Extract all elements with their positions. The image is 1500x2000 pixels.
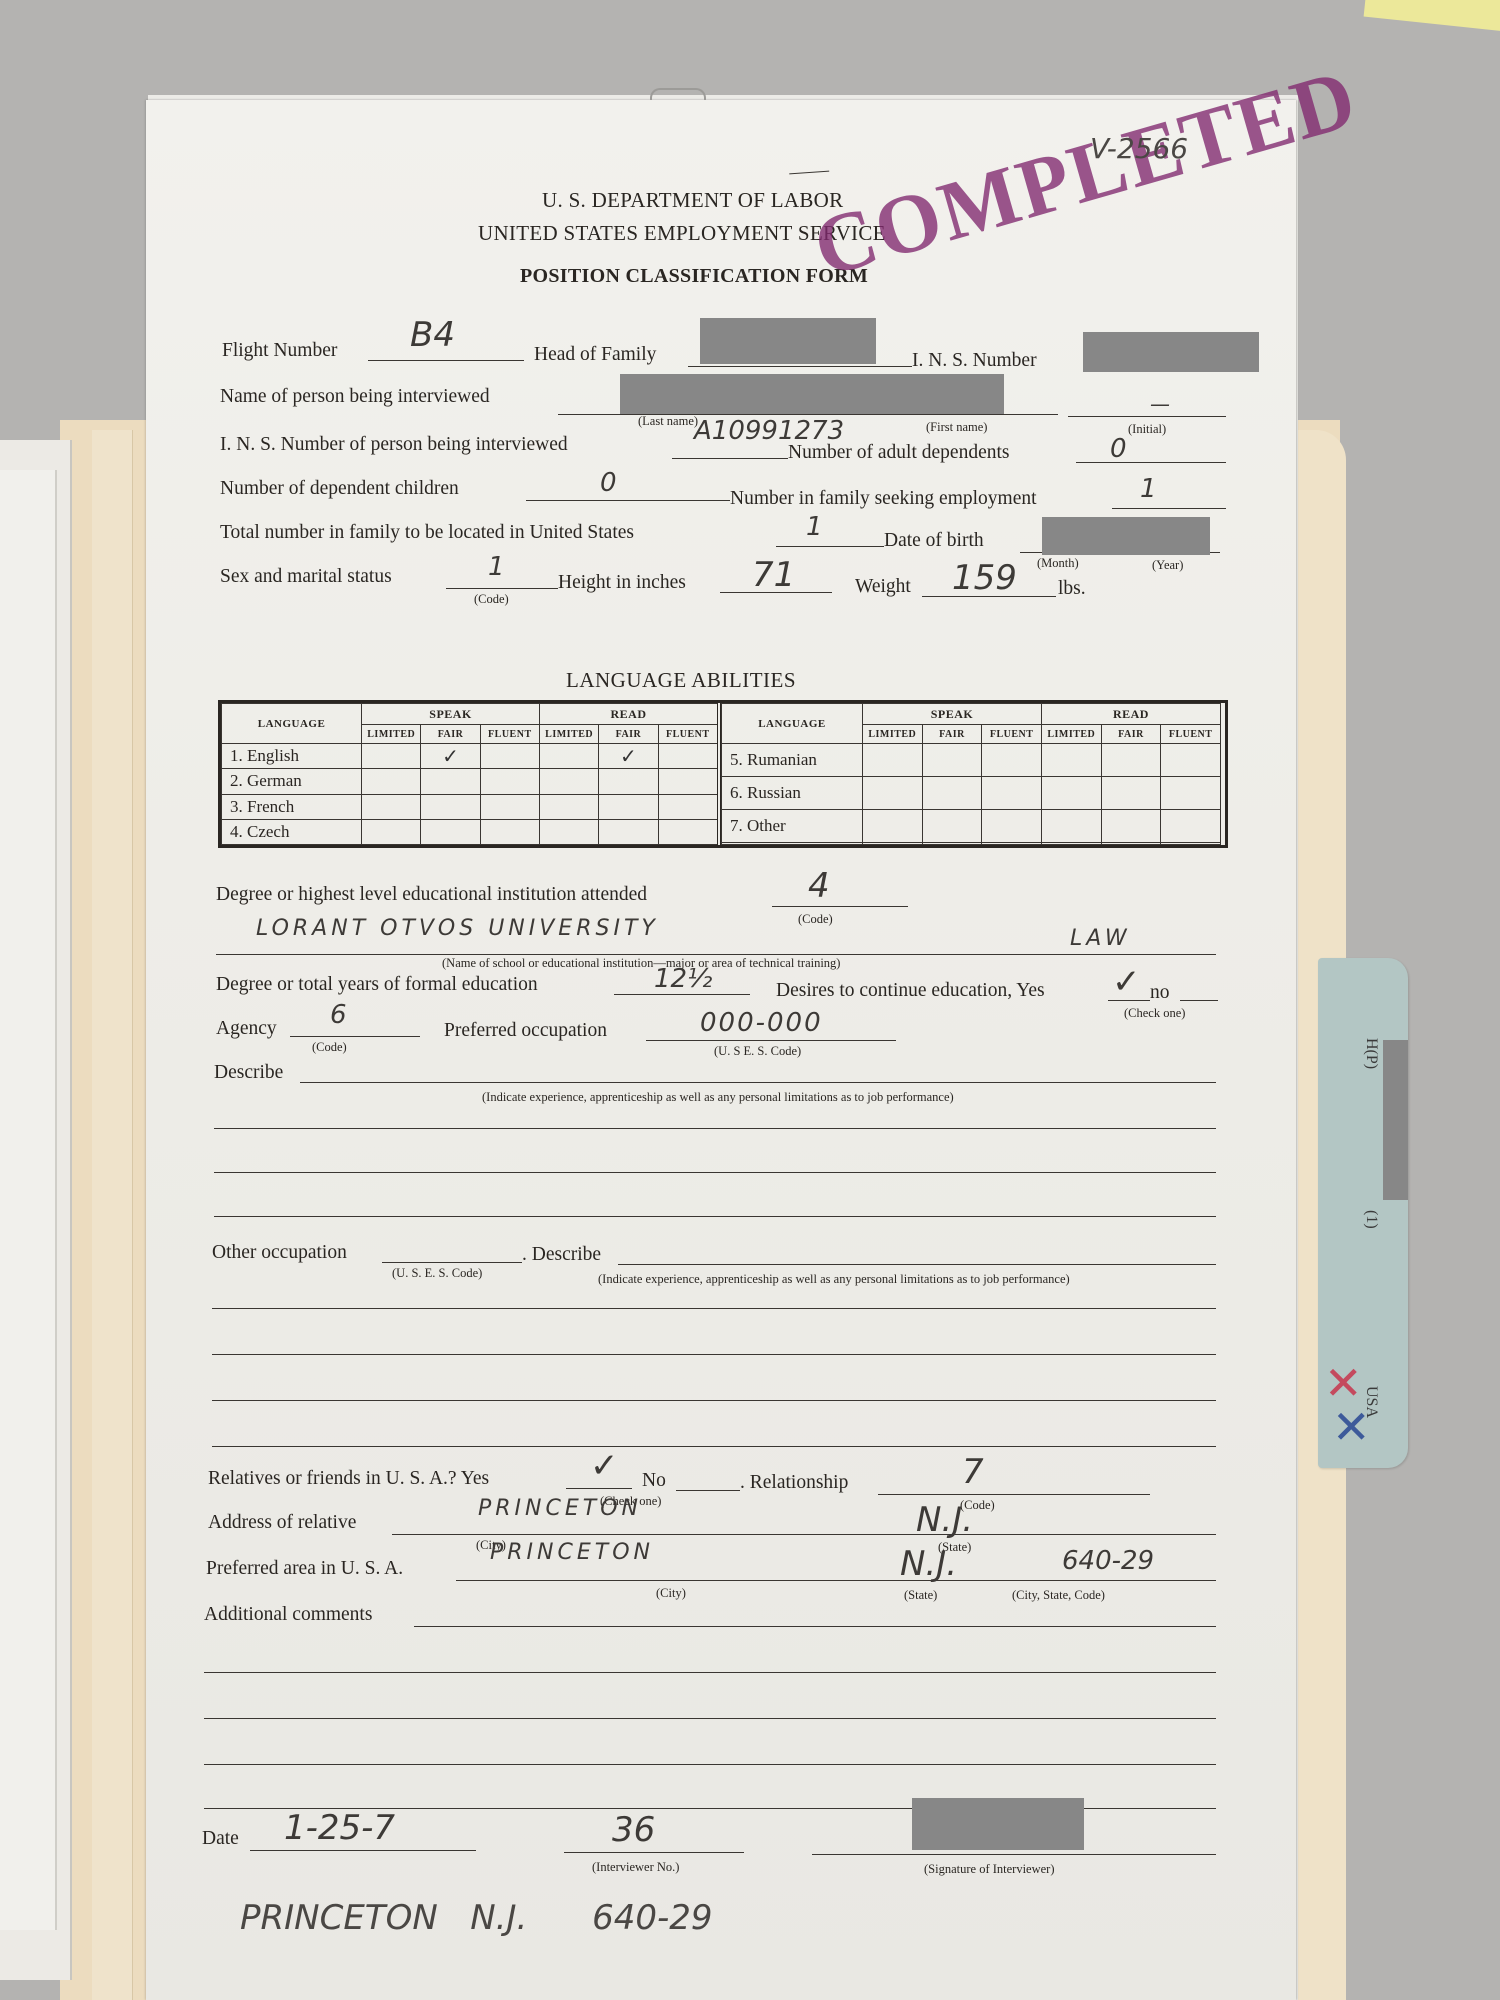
sex-marital-value[interactable]: 1 [488, 552, 505, 582]
language-row-german: 2. German [222, 769, 720, 794]
read-fluent-cell[interactable] [658, 794, 719, 819]
read-fluent-cell[interactable] [1161, 744, 1221, 777]
form-title: POSITION CLASSIFICATION FORM [520, 265, 868, 288]
address-state-value[interactable]: N.J. [916, 1500, 973, 1540]
read-fair-cell[interactable] [1101, 810, 1161, 843]
preferred-state-hint: (State) [904, 1588, 937, 1603]
head-of-family-label: Head of Family [534, 344, 656, 366]
speak-fair-cell[interactable] [922, 843, 982, 845]
school-value[interactable]: LORANT OTVOS UNIVERSITY [256, 916, 659, 941]
month-hint: (Month) [1037, 556, 1079, 571]
degree-code-hint: (Code) [798, 912, 833, 927]
col-speak: SPEAK [362, 704, 540, 725]
other-line-2 [212, 1308, 1216, 1309]
language-name: 6. Russian [722, 777, 863, 810]
col-fluent: FLUENT [658, 725, 719, 744]
other-describe-hint: (Indicate experience, apprenticeship as … [598, 1272, 1070, 1287]
adult-dependents-value[interactable]: 0 [1110, 434, 1127, 464]
degree-level-value[interactable]: 4 [808, 866, 830, 906]
speak-limited-cell[interactable] [362, 744, 421, 769]
speak-fluent-cell[interactable] [982, 843, 1042, 845]
col-language: LANGUAGE [722, 704, 863, 744]
speak-fluent-cell[interactable] [982, 777, 1042, 810]
language-table: LANGUAGE SPEAK READ LIMITED FAIR FLUENT … [218, 700, 1228, 848]
speak-limited-cell[interactable] [862, 810, 922, 843]
paperclip-icon [650, 88, 706, 100]
file-number: V-2566 [1090, 132, 1188, 165]
seeking-employment-value[interactable]: 1 [1140, 474, 1157, 504]
name-redacted [620, 374, 1004, 414]
other-line-5 [212, 1446, 1216, 1447]
language-table-right: LANGUAGE SPEAK READ LIMITED FAIR FLUENT … [721, 703, 1221, 845]
sex-code-hint: (Code) [474, 592, 509, 607]
flight-number-value[interactable]: B4 [410, 315, 455, 355]
relatives-yes-check[interactable]: ✓ [590, 1446, 619, 1486]
date-label: Date [202, 1828, 239, 1850]
col-limited: LIMITED [539, 725, 598, 744]
speak-fluent-cell[interactable] [982, 810, 1042, 843]
read-fluent-cell[interactable] [1161, 777, 1221, 810]
read-fluent-cell[interactable] [658, 819, 719, 844]
read-limited-cell[interactable] [539, 769, 598, 794]
ins-interviewed-label: I. N. S. Number of person being intervie… [220, 434, 568, 456]
sticky-note [1364, 0, 1500, 35]
years-education-value[interactable]: 12½ [654, 964, 712, 994]
read-limited-cell[interactable] [1041, 744, 1101, 777]
relatives-question-label: Relatives or friends in U. S. A.? Yes [208, 1468, 489, 1490]
weight-label: Weight [855, 576, 911, 598]
language-row-czech: 4. Czech [222, 819, 720, 844]
interviewer-no-hint: (Interviewer No.) [592, 1860, 679, 1875]
address-city-value[interactable]: PRINCETON [478, 1496, 642, 1521]
language-table-left: LANGUAGE SPEAK READ LIMITED FAIR FLUENT … [221, 703, 721, 845]
tab-label-mid: (1) [1362, 1210, 1380, 1229]
describe-line-4 [214, 1216, 1216, 1217]
continue-education-label: Desires to continue education, Yes [776, 980, 1045, 1002]
language-row-other: 7. Other [722, 810, 1221, 843]
language-row-russian: 6. Russian [722, 777, 1221, 810]
describe-line-3 [214, 1172, 1216, 1173]
describe-line-2 [214, 1128, 1216, 1129]
read-limited-cell[interactable] [539, 794, 598, 819]
total-located-value[interactable]: 1 [806, 512, 823, 542]
read-limited-cell[interactable] [1041, 843, 1101, 845]
speak-fair-cell[interactable]: ✓ [421, 744, 480, 769]
col-read: READ [1041, 704, 1220, 725]
comments-line-4 [204, 1764, 1216, 1765]
height-value[interactable]: 71 [752, 555, 795, 595]
speak-limited-cell[interactable] [862, 843, 922, 845]
col-fair: FAIR [599, 725, 658, 744]
other-occupation-label: Other occupation [212, 1242, 347, 1264]
col-fluent: FLUENT [1161, 725, 1221, 744]
read-fair-cell[interactable] [599, 819, 658, 844]
dependent-children-value[interactable]: 0 [600, 468, 617, 498]
agency-label: Agency [216, 1018, 277, 1040]
language-name-blank[interactable] [722, 843, 863, 845]
speak-limited-cell[interactable] [862, 777, 922, 810]
preferred-occupation-value[interactable]: 000-000 [700, 1008, 823, 1038]
stacked-papers-inner [0, 470, 57, 1930]
first-name-hint: (First name) [926, 420, 987, 435]
col-read: READ [539, 704, 719, 725]
speak-fluent-cell[interactable] [480, 794, 539, 819]
read-fluent-cell[interactable] [658, 744, 719, 769]
ins-number-redacted [1083, 332, 1259, 372]
read-limited-cell[interactable] [1041, 777, 1101, 810]
blue-x-mark: ✕ [1332, 1400, 1371, 1454]
col-limited: LIMITED [862, 725, 922, 744]
city-state-code-hint: (City, State, Code) [1012, 1588, 1105, 1603]
read-fair-cell[interactable] [1101, 744, 1161, 777]
language-row-french: 3. French [222, 794, 720, 819]
year-hint: (Year) [1152, 558, 1183, 573]
signature-hint: (Signature of Interviewer) [924, 1862, 1055, 1877]
redaction-box [1383, 1040, 1408, 1200]
language-name: 2. German [222, 769, 362, 794]
read-fair-cell[interactable] [599, 794, 658, 819]
speak-fair-cell[interactable] [922, 810, 982, 843]
read-limited-cell[interactable] [1041, 810, 1101, 843]
read-fluent-cell[interactable] [1161, 810, 1221, 843]
language-name: 1. English [222, 744, 362, 769]
school-hint: (Name of school or educational instituti… [442, 956, 840, 971]
preferred-area-label: Preferred area in U. S. A. [206, 1558, 403, 1580]
date-value[interactable]: 1-25-7 [284, 1808, 395, 1848]
continue-no-label: no [1150, 982, 1170, 1004]
speak-fluent-cell[interactable] [480, 744, 539, 769]
relationship-label: . Relationship [740, 1472, 848, 1494]
col-fair: FAIR [922, 725, 982, 744]
other-code-hint: (U. S. E. S. Code) [392, 1266, 482, 1281]
relationship-value[interactable]: 7 [962, 1452, 984, 1492]
seeking-employment-label: Number in family seeking employment [730, 488, 1037, 510]
language-name: 3. French [222, 794, 362, 819]
speak-fluent-cell[interactable] [480, 769, 539, 794]
language-row-blank [722, 843, 1221, 845]
language-name: 5. Rumanian [722, 744, 863, 777]
speak-limited-cell[interactable] [862, 744, 922, 777]
language-row-rumanian: 5. Rumanian [722, 744, 1221, 777]
speak-fair-cell[interactable] [922, 777, 982, 810]
speak-fair-cell[interactable] [421, 769, 480, 794]
preferred-code-value[interactable]: 640-29 [1062, 1546, 1154, 1576]
dob-label: Date of birth [884, 530, 984, 552]
speak-fluent-cell[interactable] [982, 744, 1042, 777]
col-fluent: FLUENT [480, 725, 539, 744]
other-describe-label: . Describe [522, 1244, 601, 1266]
other-line-3 [212, 1354, 1216, 1355]
read-limited-cell[interactable] [539, 819, 598, 844]
major-value[interactable]: LAW [1070, 926, 1131, 951]
tab-label-top: H(P) [1362, 1038, 1380, 1069]
pen-mark [789, 171, 831, 197]
agency-value[interactable]: 6 [330, 1000, 347, 1030]
speak-limited-cell[interactable] [362, 769, 421, 794]
agency-code-hint: (Code) [312, 1040, 347, 1055]
read-fluent-cell[interactable] [658, 769, 719, 794]
read-fair-cell[interactable] [1101, 777, 1161, 810]
col-speak: SPEAK [862, 704, 1041, 725]
name-label: Name of person being interviewed [220, 386, 490, 408]
last-name-hint: (Last name) [638, 414, 698, 429]
additional-comments-label: Additional comments [204, 1604, 372, 1626]
relatives-no-label: No [642, 1470, 666, 1492]
comments-line-2 [204, 1672, 1216, 1673]
dob-redacted [1042, 517, 1210, 555]
speak-limited-cell[interactable] [362, 794, 421, 819]
initial-hint: (Initial) [1128, 422, 1166, 437]
col-limited: LIMITED [1041, 725, 1101, 744]
col-limited: LIMITED [362, 725, 421, 744]
col-language: LANGUAGE [222, 704, 362, 744]
head-of-family-redacted [700, 318, 876, 364]
preferred-city-value[interactable]: PRINCETON [490, 1540, 654, 1565]
read-fair-cell[interactable]: ✓ [599, 744, 658, 769]
other-line-4 [212, 1400, 1216, 1401]
language-row-english: 1. English ✓ ✓ [222, 744, 720, 769]
language-name: 7. Other [722, 810, 863, 843]
flight-number-label: Flight Number [222, 340, 337, 362]
speak-limited-cell[interactable] [362, 819, 421, 844]
address-relative-label: Address of relative [208, 1512, 356, 1534]
comments-line-3 [204, 1718, 1216, 1719]
total-located-label: Total number in family to be located in … [220, 522, 634, 544]
read-fair-cell[interactable] [1101, 843, 1161, 845]
initial-value[interactable]: — [1150, 392, 1170, 416]
weight-unit: lbs. [1058, 578, 1086, 600]
language-abilities-title: LANGUAGE ABILITIES [566, 668, 796, 693]
describe-hint: (Indicate experience, apprenticeship as … [482, 1090, 954, 1105]
folder-edge [92, 430, 133, 2000]
check-one-hint: (Check one) [1124, 1006, 1185, 1021]
adult-dependents-label: Number of adult dependents [788, 442, 1009, 464]
speak-fluent-cell[interactable] [480, 819, 539, 844]
bottom-handwritten-note: PRINCETON N.J. 640-29 [240, 1898, 713, 1938]
read-fair-cell[interactable] [599, 769, 658, 794]
describe-label: Describe [214, 1062, 283, 1084]
uses-code-hint: (U. S E. S. Code) [714, 1044, 801, 1059]
speak-fair-cell[interactable] [421, 794, 480, 819]
preferred-occupation-label: Preferred occupation [444, 1020, 607, 1042]
continue-yes-check[interactable]: ✓ [1112, 962, 1141, 1002]
speak-fair-cell[interactable] [922, 744, 982, 777]
height-label: Height in inches [558, 572, 686, 594]
preferred-state-value[interactable]: N.J. [900, 1544, 957, 1584]
language-name: 4. Czech [222, 819, 362, 844]
years-education-label: Degree or total years of formal educatio… [216, 974, 538, 996]
sex-marital-label: Sex and marital status [220, 566, 392, 588]
signature-redacted [912, 1798, 1084, 1850]
speak-fair-cell[interactable] [421, 819, 480, 844]
dependent-children-label: Number of dependent children [220, 478, 459, 500]
weight-value[interactable]: 159 [952, 558, 1017, 598]
read-limited-cell[interactable] [539, 744, 598, 769]
col-fluent: FLUENT [982, 725, 1042, 744]
read-fluent-cell[interactable] [1161, 843, 1221, 845]
preferred-city-hint: (City) [656, 1586, 686, 1601]
interviewer-no-value[interactable]: 36 [612, 1810, 655, 1850]
col-fair: FAIR [421, 725, 480, 744]
col-fair: FAIR [1101, 725, 1161, 744]
ins-number-label: I. N. S. Number [912, 350, 1037, 372]
degree-level-label: Degree or highest level educational inst… [216, 884, 647, 906]
index-tab: H(P) (1) USA ✕ ✕ [1318, 958, 1408, 1468]
